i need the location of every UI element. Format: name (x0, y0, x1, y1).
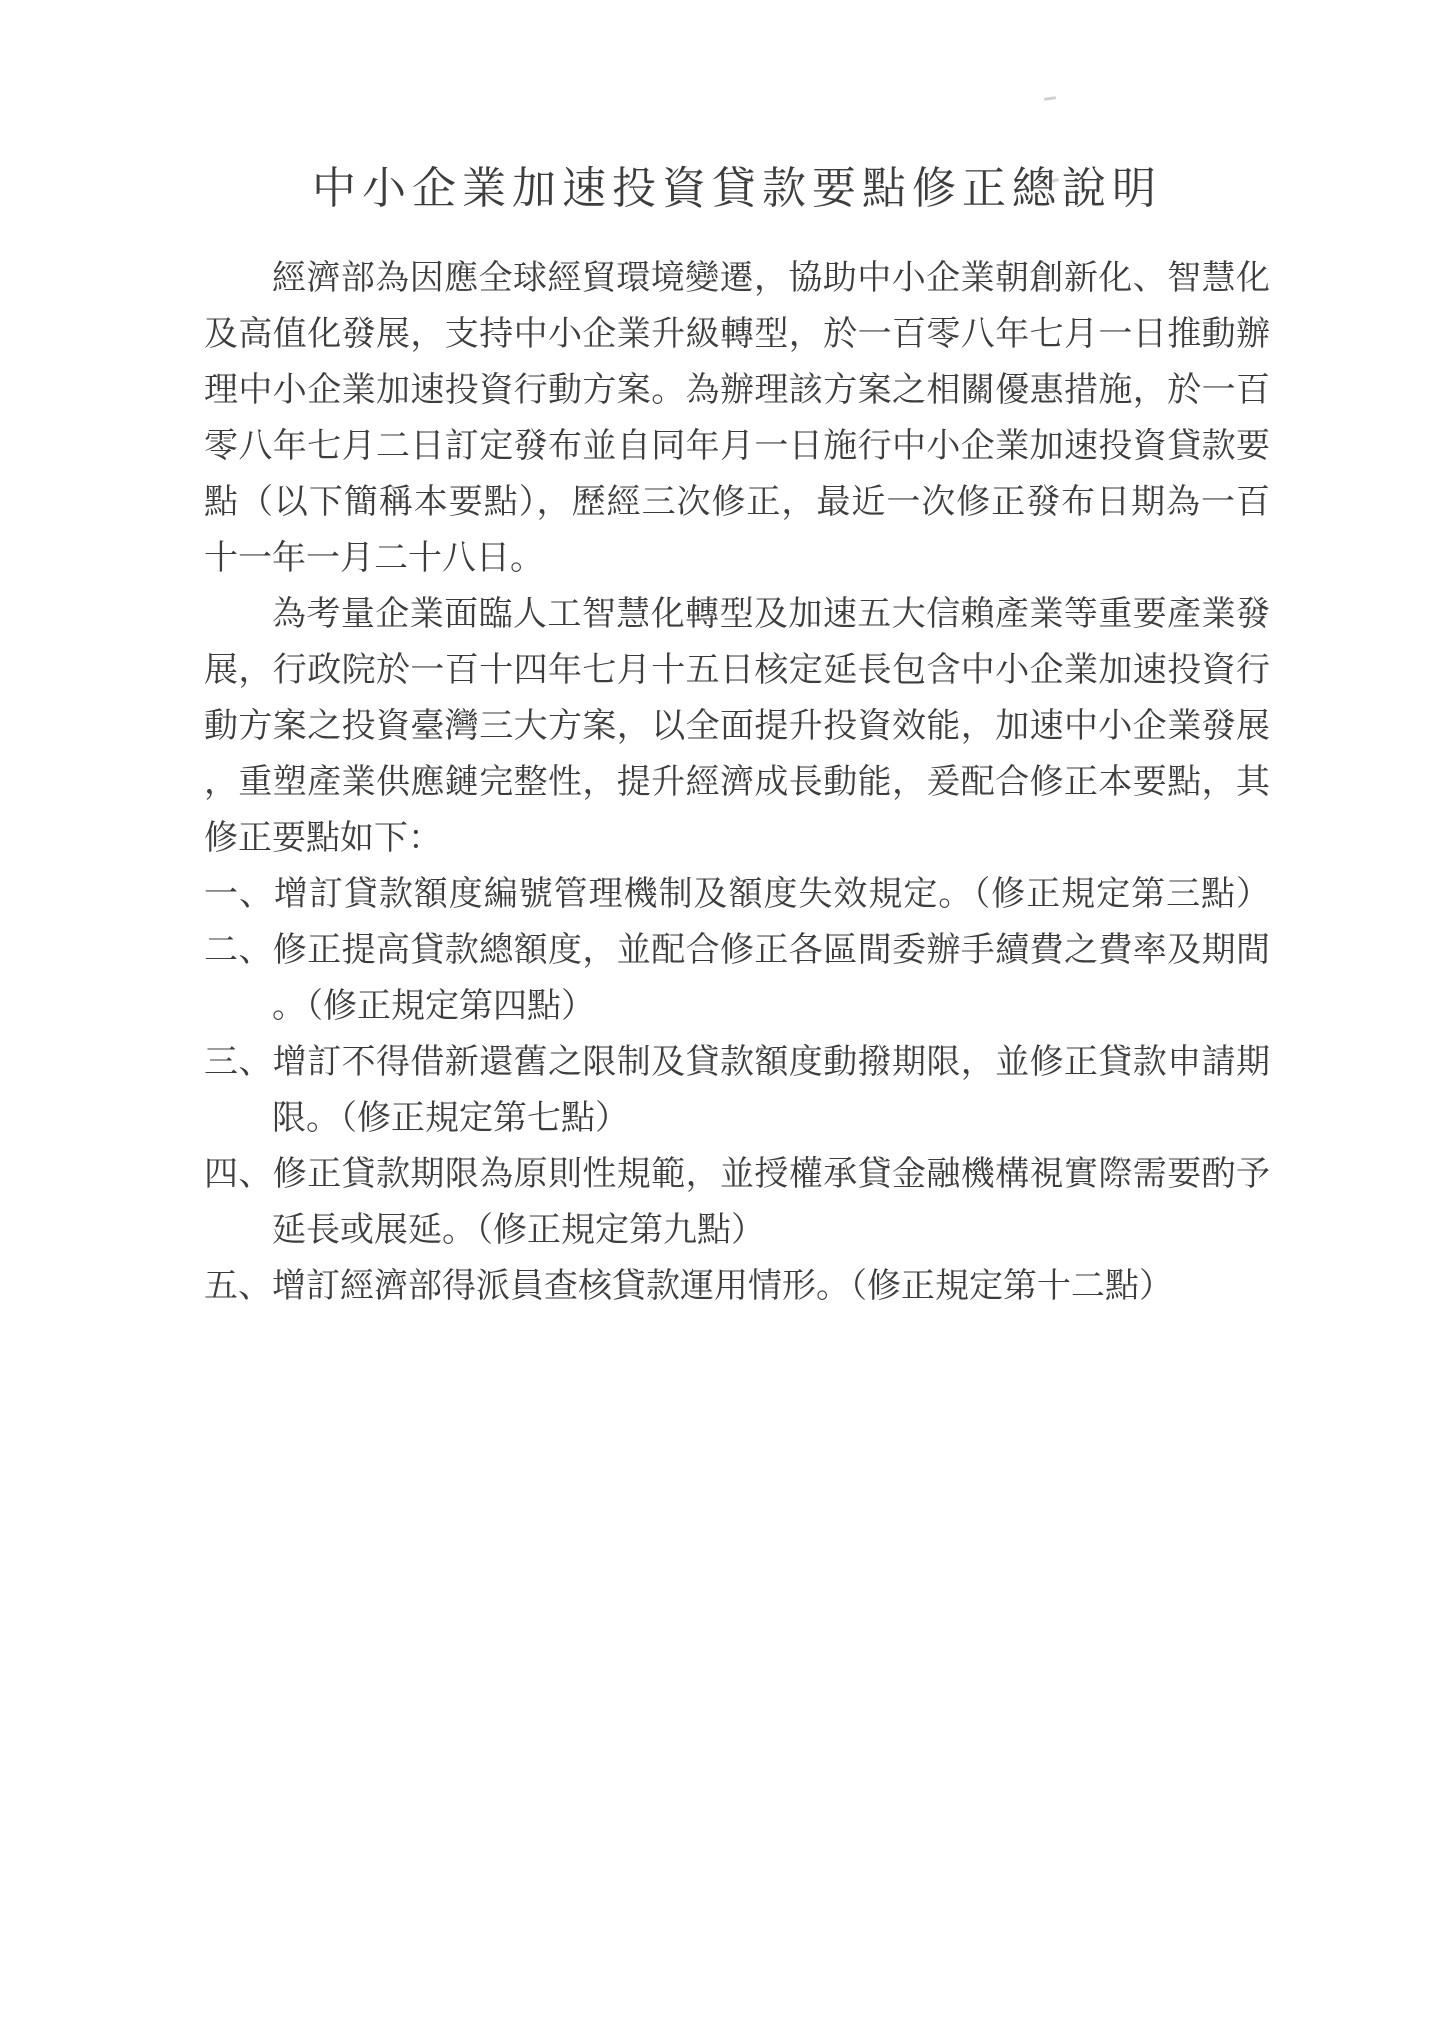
body-line: 。（修正規定第四點） (204, 978, 1270, 1034)
body-line: 三、增訂不得借新還舊之限制及貸款額度動撥期限，並修正貸款申請期 (204, 1034, 1270, 1090)
scan-artifact-mark (1044, 96, 1056, 101)
body-line: 為考量企業面臨人工智慧化轉型及加速五大信賴產業等重要產業發 (204, 586, 1270, 642)
body-line: 一、增訂貸款額度編號管理機制及額度失效規定。（修正規定第三點） (204, 866, 1270, 922)
body-line: 十一年一月二十八日。 (204, 530, 1270, 586)
body-line: 延長或展延。（修正規定第九點） (204, 1202, 1270, 1258)
body-line: 五、增訂經濟部得派員查核貸款運用情形。（修正規定第十二點） (204, 1258, 1270, 1314)
body-line: 修正要點如下： (204, 810, 1270, 866)
body-line: 零八年七月二日訂定發布並自同年月一日施行中小企業加速投資貸款要 (204, 418, 1270, 474)
body-line: 四、修正貸款期限為原則性規範，並授權承貸金融機構視實際需要酌予 (204, 1146, 1270, 1202)
body-line: 二、修正提高貸款總額度，並配合修正各區間委辦手續費之費率及期間 (204, 922, 1270, 978)
body-line: 經濟部為因應全球經貿環境變遷，協助中小企業朝創新化、智慧化 (204, 250, 1270, 306)
document-title: 中小企業加速投資貸款要點修正總說明 (204, 160, 1270, 218)
body-line: 動方案之投資臺灣三大方案，以全面提升投資效能，加速中小企業發展 (204, 698, 1270, 754)
document-page: 中小企業加速投資貸款要點修正總說明 經濟部為因應全球經貿環境變遷，協助中小企業朝… (0, 0, 1440, 2037)
body-line: ，重塑產業供應鏈完整性，提升經濟成長動能，爰配合修正本要點，其 (204, 754, 1270, 810)
body-line: 限。（修正規定第七點） (204, 1090, 1270, 1146)
body-line: 理中小企業加速投資行動方案。為辦理該方案之相關優惠措施，於一百 (204, 362, 1270, 418)
body-line: 展，行政院於一百十四年七月十五日核定延長包含中小企業加速投資行 (204, 642, 1270, 698)
body-line: 及高值化發展，支持中小企業升級轉型，於一百零八年七月一日推動辦 (204, 306, 1270, 362)
body-line: 點（以下簡稱本要點），歷經三次修正，最近一次修正發布日期為一百 (204, 474, 1270, 530)
document-body: 經濟部為因應全球經貿環境變遷，協助中小企業朝創新化、智慧化及高值化發展，支持中小… (204, 250, 1270, 1314)
